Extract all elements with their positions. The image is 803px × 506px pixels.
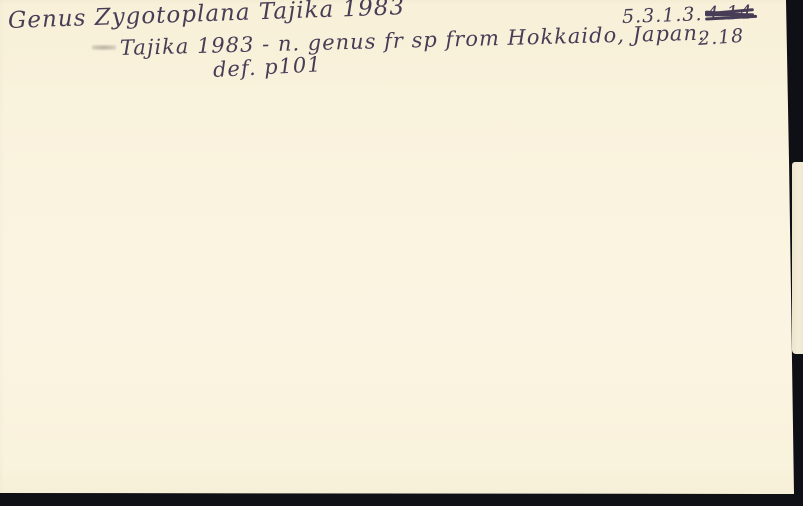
index-card: Genus Zygotoplana Tajika 1983 5.3.1.3.4.… <box>0 0 803 506</box>
genus-header-text: Genus Zygotoplana Tajika 1983 <box>8 0 406 34</box>
pencil-smudge <box>92 44 116 51</box>
scanned-card-image: Genus Zygotoplana Tajika 1983 5.3.1.3.4.… <box>0 0 803 506</box>
page-reference-text: def. p101 <box>212 52 322 82</box>
underlying-card-edge <box>792 162 803 354</box>
crossed-out-number: 4.14 <box>706 1 753 25</box>
